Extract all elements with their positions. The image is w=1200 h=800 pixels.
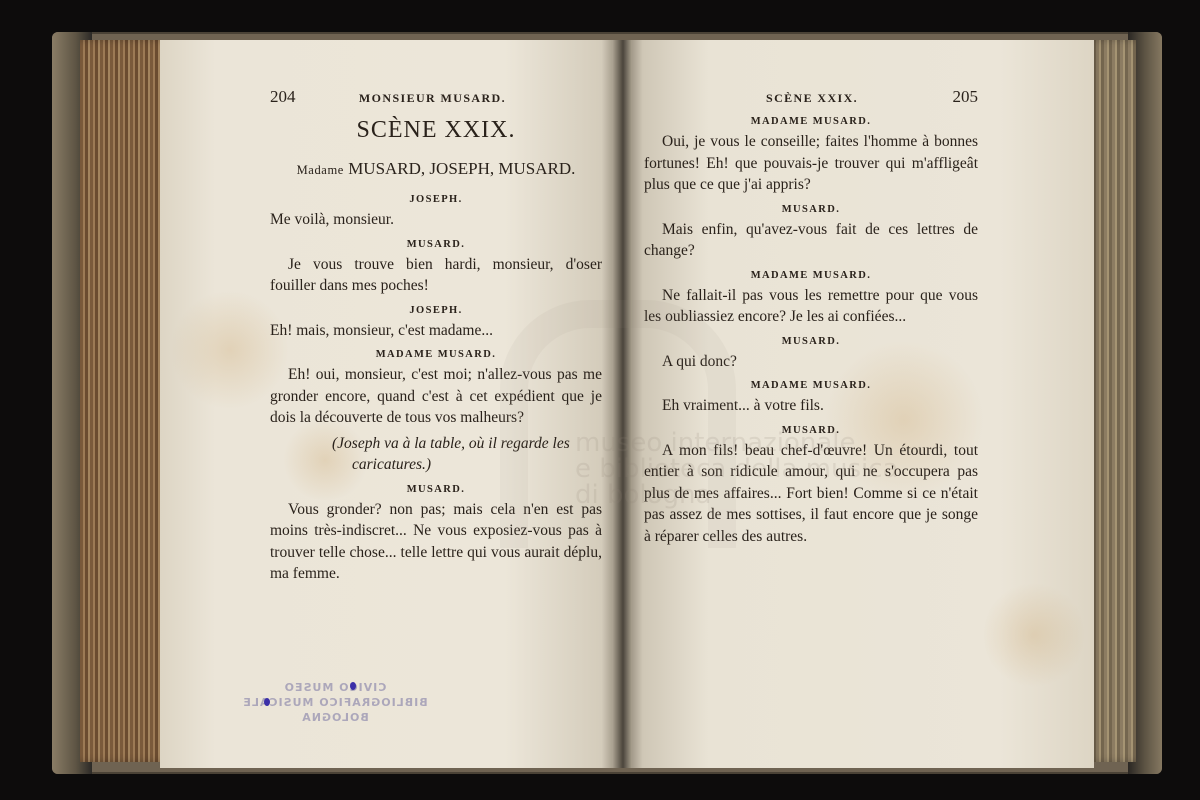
speaker-label: MUSARD. [644, 333, 978, 350]
ink-dot [350, 682, 356, 690]
cast-prefix: Madame [297, 163, 344, 177]
page-number-205: 205 [953, 86, 979, 108]
page-number-204: 204 [270, 86, 296, 108]
dialogue-line: Eh! oui, monsieur, c'est moi; n'allez-vo… [270, 364, 602, 429]
dialogue-line: Oui, je vous le conseille; faites l'homm… [644, 131, 978, 196]
speaker-label: MADAME MUSARD. [644, 377, 978, 394]
dialogue-line: A qui donc? [644, 351, 978, 373]
dialogue-line: A mon fils! beau chef-d'œuvre! Un étourd… [644, 440, 978, 548]
library-stamp: CIVICO MUSEO BIBLIOGRAFICO MUSICALE BOLO… [240, 680, 430, 725]
speaker-label: MUSARD. [644, 422, 978, 439]
speaker-label: MUSARD. [270, 236, 602, 253]
stage-direction: (Joseph va à la table, où il regarde les… [270, 433, 602, 476]
speaker-label: MUSARD. [270, 481, 602, 498]
page-block-right [1088, 40, 1136, 762]
right-page: SCÈNE XXIX. 205 MADAME MUSARD. Oui, je v… [624, 40, 1094, 768]
speaker-label: MUSARD. [644, 201, 978, 218]
dialogue-line: Eh! mais, monsieur, c'est madame... [270, 320, 602, 342]
dialogue-line: Ne fallait-il pas vous les remettre pour… [644, 285, 978, 328]
cast-list: Madame MUSARD, JOSEPH, MUSARD. [270, 158, 602, 186]
running-head-left: 204 MONSIEUR MUSARD. [270, 86, 602, 108]
stamp-line: BOLOGNA [240, 710, 430, 725]
running-head-right: SCÈNE XXIX. 205 [644, 86, 978, 108]
dialogue-line: Je vous trouve bien hardi, monsieur, d'o… [270, 254, 602, 297]
stamp-line: CIVICO MUSEO [240, 680, 430, 695]
page-block-left [80, 40, 172, 762]
ink-dot [264, 698, 270, 706]
dialogue-line: Vous gronder? non pas; mais cela n'en es… [270, 499, 602, 585]
speaker-label: MADAME MUSARD. [270, 346, 602, 363]
speaker-label: JOSEPH. [270, 302, 602, 319]
stage-direction-line1: (Joseph va à la table, où il regarde les [332, 435, 570, 452]
scene-title: SCÈNE XXIX. [270, 120, 602, 154]
book-gutter [612, 40, 632, 768]
dialogue-line: Me voilà, monsieur. [270, 209, 602, 231]
right-text-column: SCÈNE XXIX. 205 MADAME MUSARD. Oui, je v… [644, 86, 978, 547]
running-head-title: MONSIEUR MUSARD. [359, 88, 506, 110]
left-page: 204 MONSIEUR MUSARD. SCÈNE XXIX. Madame … [160, 40, 620, 768]
foxing-stain [984, 580, 1084, 690]
running-head-title: SCÈNE XXIX. [766, 88, 858, 110]
dialogue-line: Eh vraiment... à votre fils. [644, 395, 978, 417]
speaker-label: MADAME MUSARD. [644, 267, 978, 284]
speaker-label: MADAME MUSARD. [644, 113, 978, 130]
speaker-label: JOSEPH. [270, 191, 602, 208]
stage-direction-line2: caricatures.) [332, 454, 602, 476]
left-text-column: 204 MONSIEUR MUSARD. SCÈNE XXIX. Madame … [270, 86, 602, 585]
dialogue-line: Mais enfin, qu'avez-vous fait de ces let… [644, 219, 978, 262]
cast-names: MUSARD, JOSEPH, MUSARD. [348, 159, 575, 178]
